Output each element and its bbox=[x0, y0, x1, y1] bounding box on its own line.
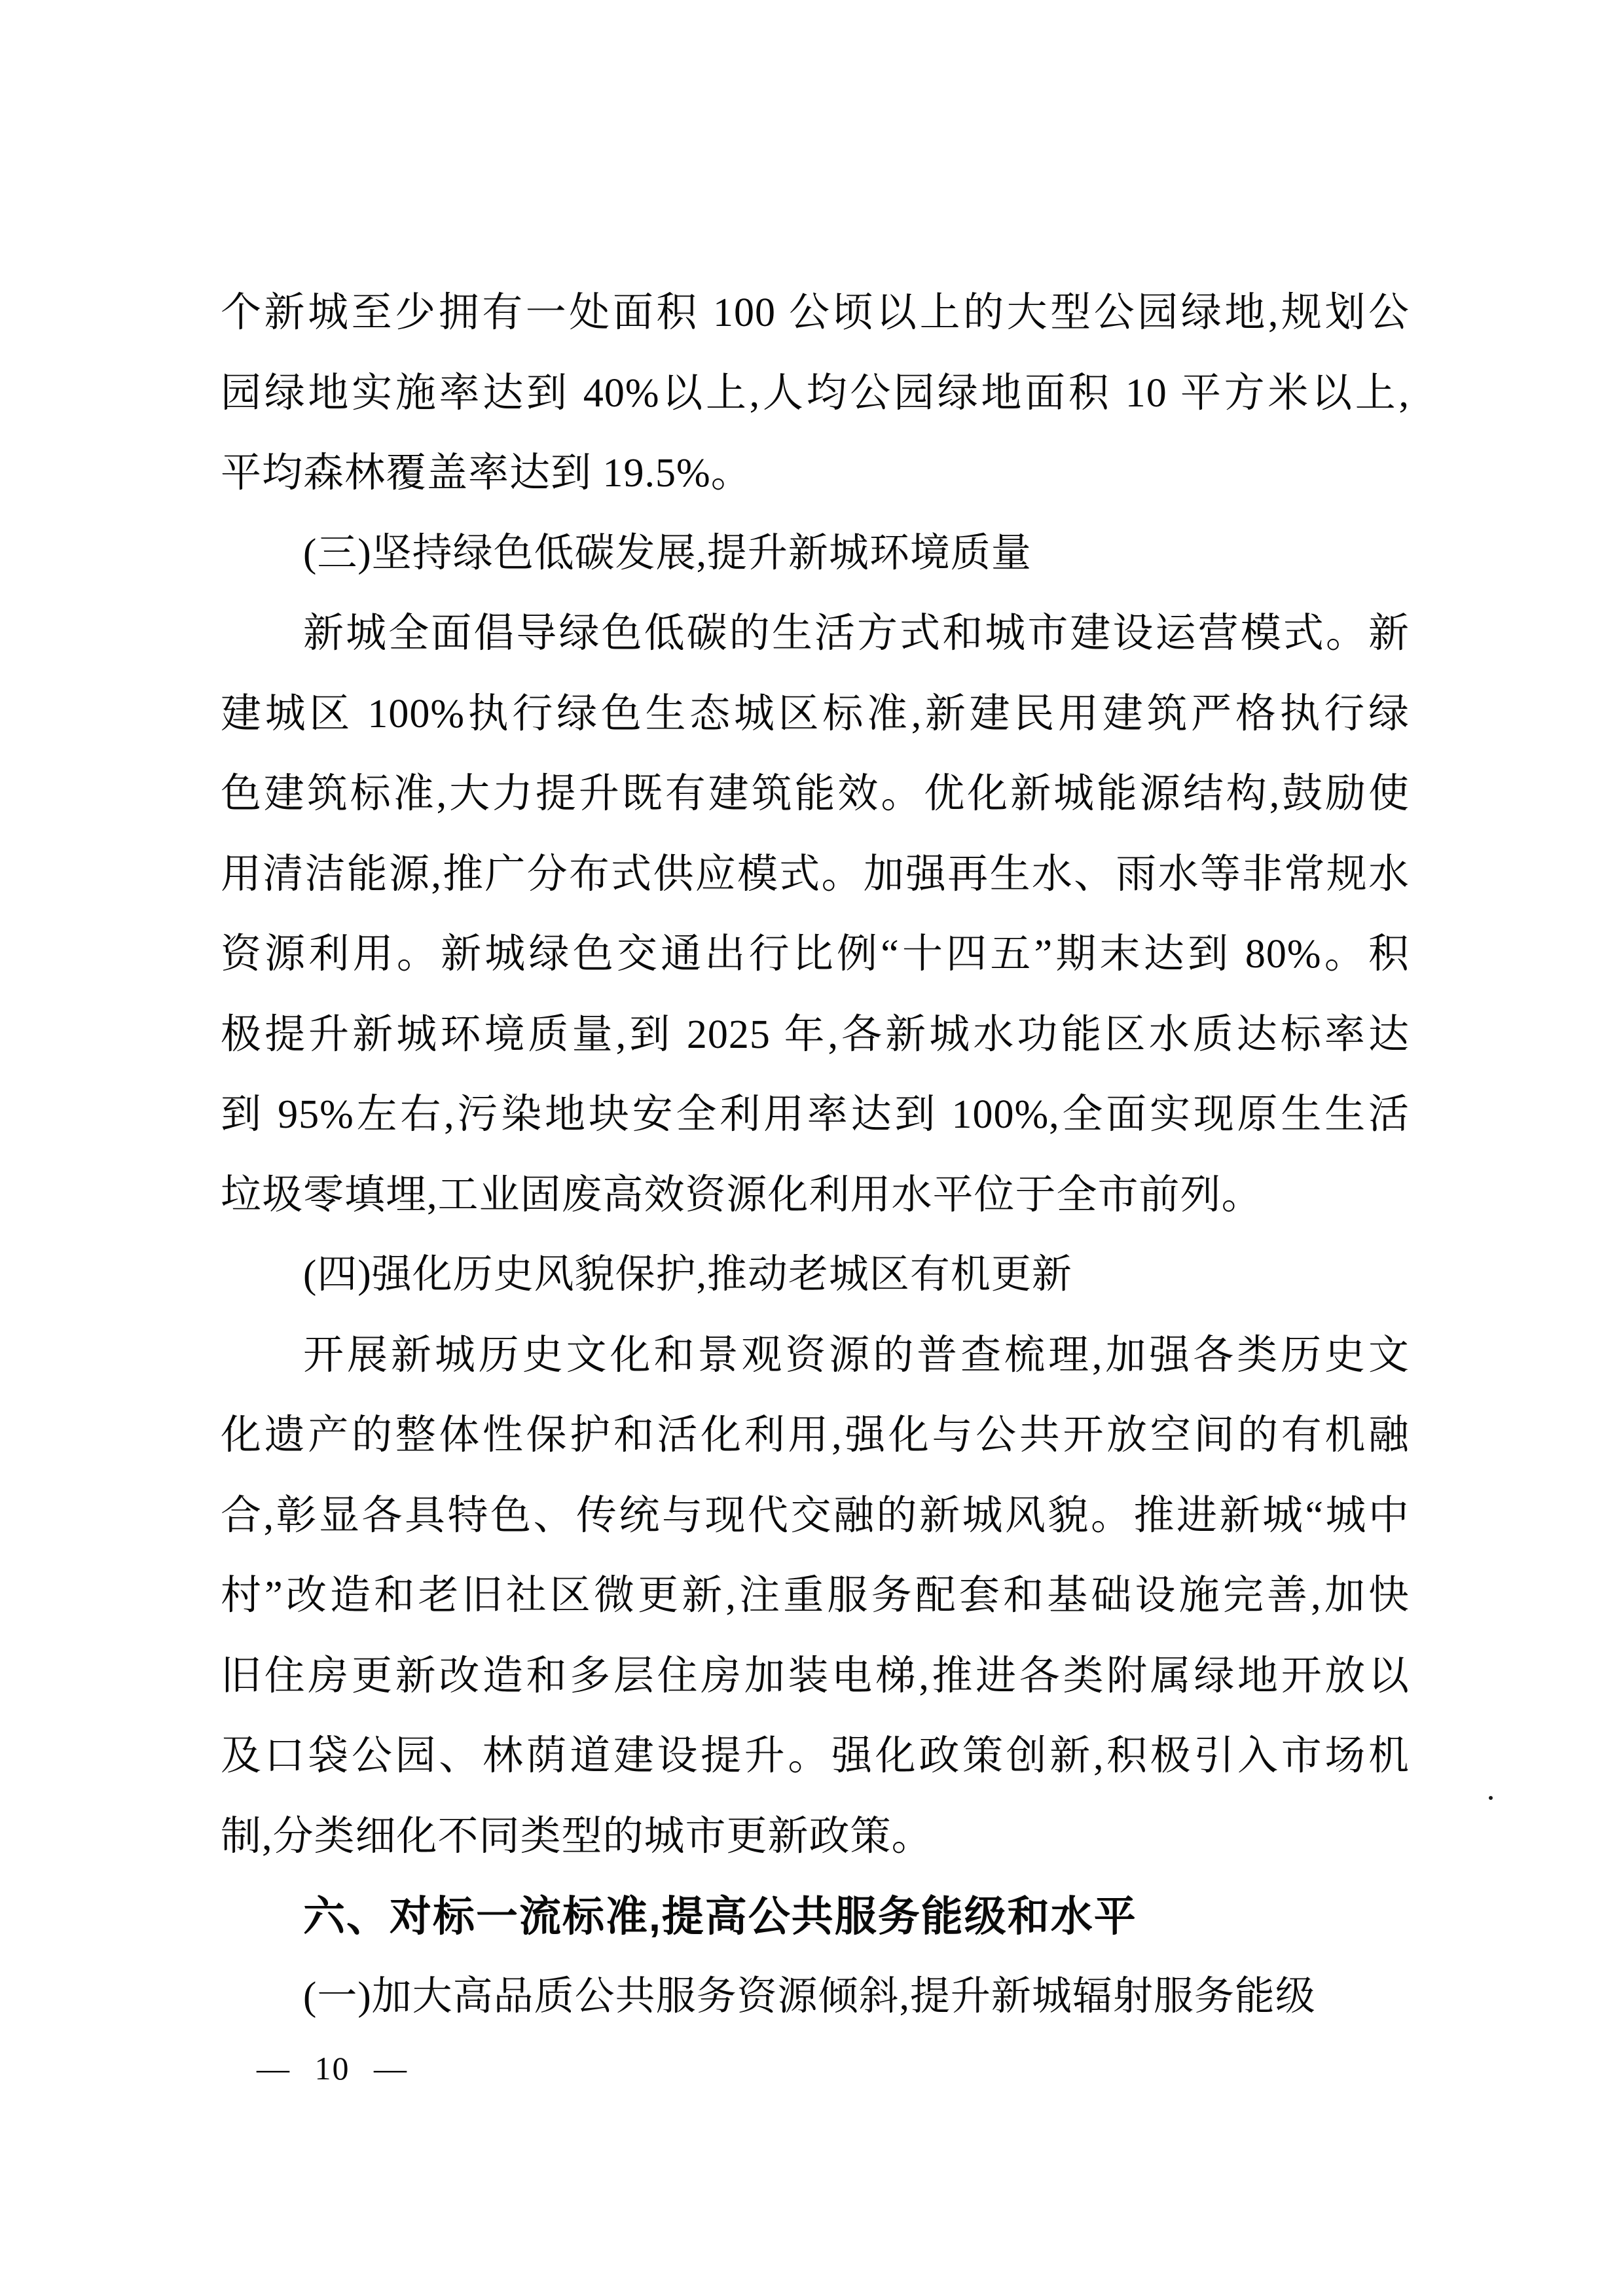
text-line: 建城区 100%执行绿色生态城区标准,新建民用建筑严格执行绿 bbox=[221, 674, 1410, 755]
text-line: 化遗产的整体性保护和活化利用,强化与公共开放空间的有机融 bbox=[221, 1395, 1410, 1476]
text-line: 极提升新城环境质量,到 2025 年,各新城水功能区水质达标率达 bbox=[221, 995, 1410, 1075]
text-line: 用清洁能源,推广分布式供应模式。加强再生水、雨水等非常规水 bbox=[221, 834, 1410, 915]
text-line: 园绿地实施率达到 40%以上,人均公园绿地面积 10 平方米以上, bbox=[221, 353, 1410, 434]
text-line: 开展新城历史文化和景观资源的普查梳理,加强各类历史文 bbox=[221, 1316, 1410, 1396]
text-line: 个新城至少拥有一处面积 100 公顷以上的大型公园绿地,规划公 bbox=[221, 273, 1410, 353]
text-line: (一)加大高品质公共服务资源倾斜,提升新城辐射服务能级 bbox=[221, 1957, 1410, 2037]
text-line: 平均森林覆盖率达到 19.5%。 bbox=[221, 433, 1410, 514]
page-number: — 10 — bbox=[257, 2049, 408, 2088]
text-line: 资源利用。新城绿色交通出行比例“十四五”期末达到 80%。积 bbox=[221, 914, 1410, 995]
document-page: 个新城至少拥有一处面积 100 公顷以上的大型公园绿地,规划公园绿地实施率达到 … bbox=[0, 0, 1623, 2296]
text-line: 到 95%左右,污染地块安全利用率达到 100%,全面实现原生生活 bbox=[221, 1075, 1410, 1155]
text-line: 合,彰显各具特色、传统与现代交融的新城风貌。推进新城“城中 bbox=[221, 1476, 1410, 1556]
text-line: 六、对标一流标准,提高公共服务能级和水平 bbox=[221, 1876, 1410, 1957]
text-block: 个新城至少拥有一处面积 100 公顷以上的大型公园绿地,规划公园绿地实施率达到 … bbox=[221, 273, 1410, 2037]
text-line: 旧住房更新改造和多层住房加装电梯,推进各类附属绿地开放以 bbox=[221, 1636, 1410, 1717]
text-line: 色建筑标准,大力提升既有建筑能效。优化新城能源结构,鼓励使 bbox=[221, 754, 1410, 834]
text-line: 制,分类细化不同类型的城市更新政策。 bbox=[221, 1797, 1410, 1877]
text-line: (三)坚持绿色低碳发展,提升新城环境质量 bbox=[221, 514, 1410, 594]
text-line: 及口袋公园、林荫道建设提升。强化政策创新,积极引入市场机 bbox=[221, 1716, 1410, 1797]
ink-speck bbox=[1489, 1796, 1493, 1800]
text-line: 村”改造和老旧社区微更新,注重服务配套和基础设施完善,加快 bbox=[221, 1556, 1410, 1636]
text-line: 新城全面倡导绿色低碳的生活方式和城市建设运营模式。新 bbox=[221, 594, 1410, 674]
text-line: (四)强化历史风貌保护,推动老城区有机更新 bbox=[221, 1235, 1410, 1316]
text-line: 垃圾零填埋,工业固废高效资源化利用水平位于全市前列。 bbox=[221, 1155, 1410, 1236]
